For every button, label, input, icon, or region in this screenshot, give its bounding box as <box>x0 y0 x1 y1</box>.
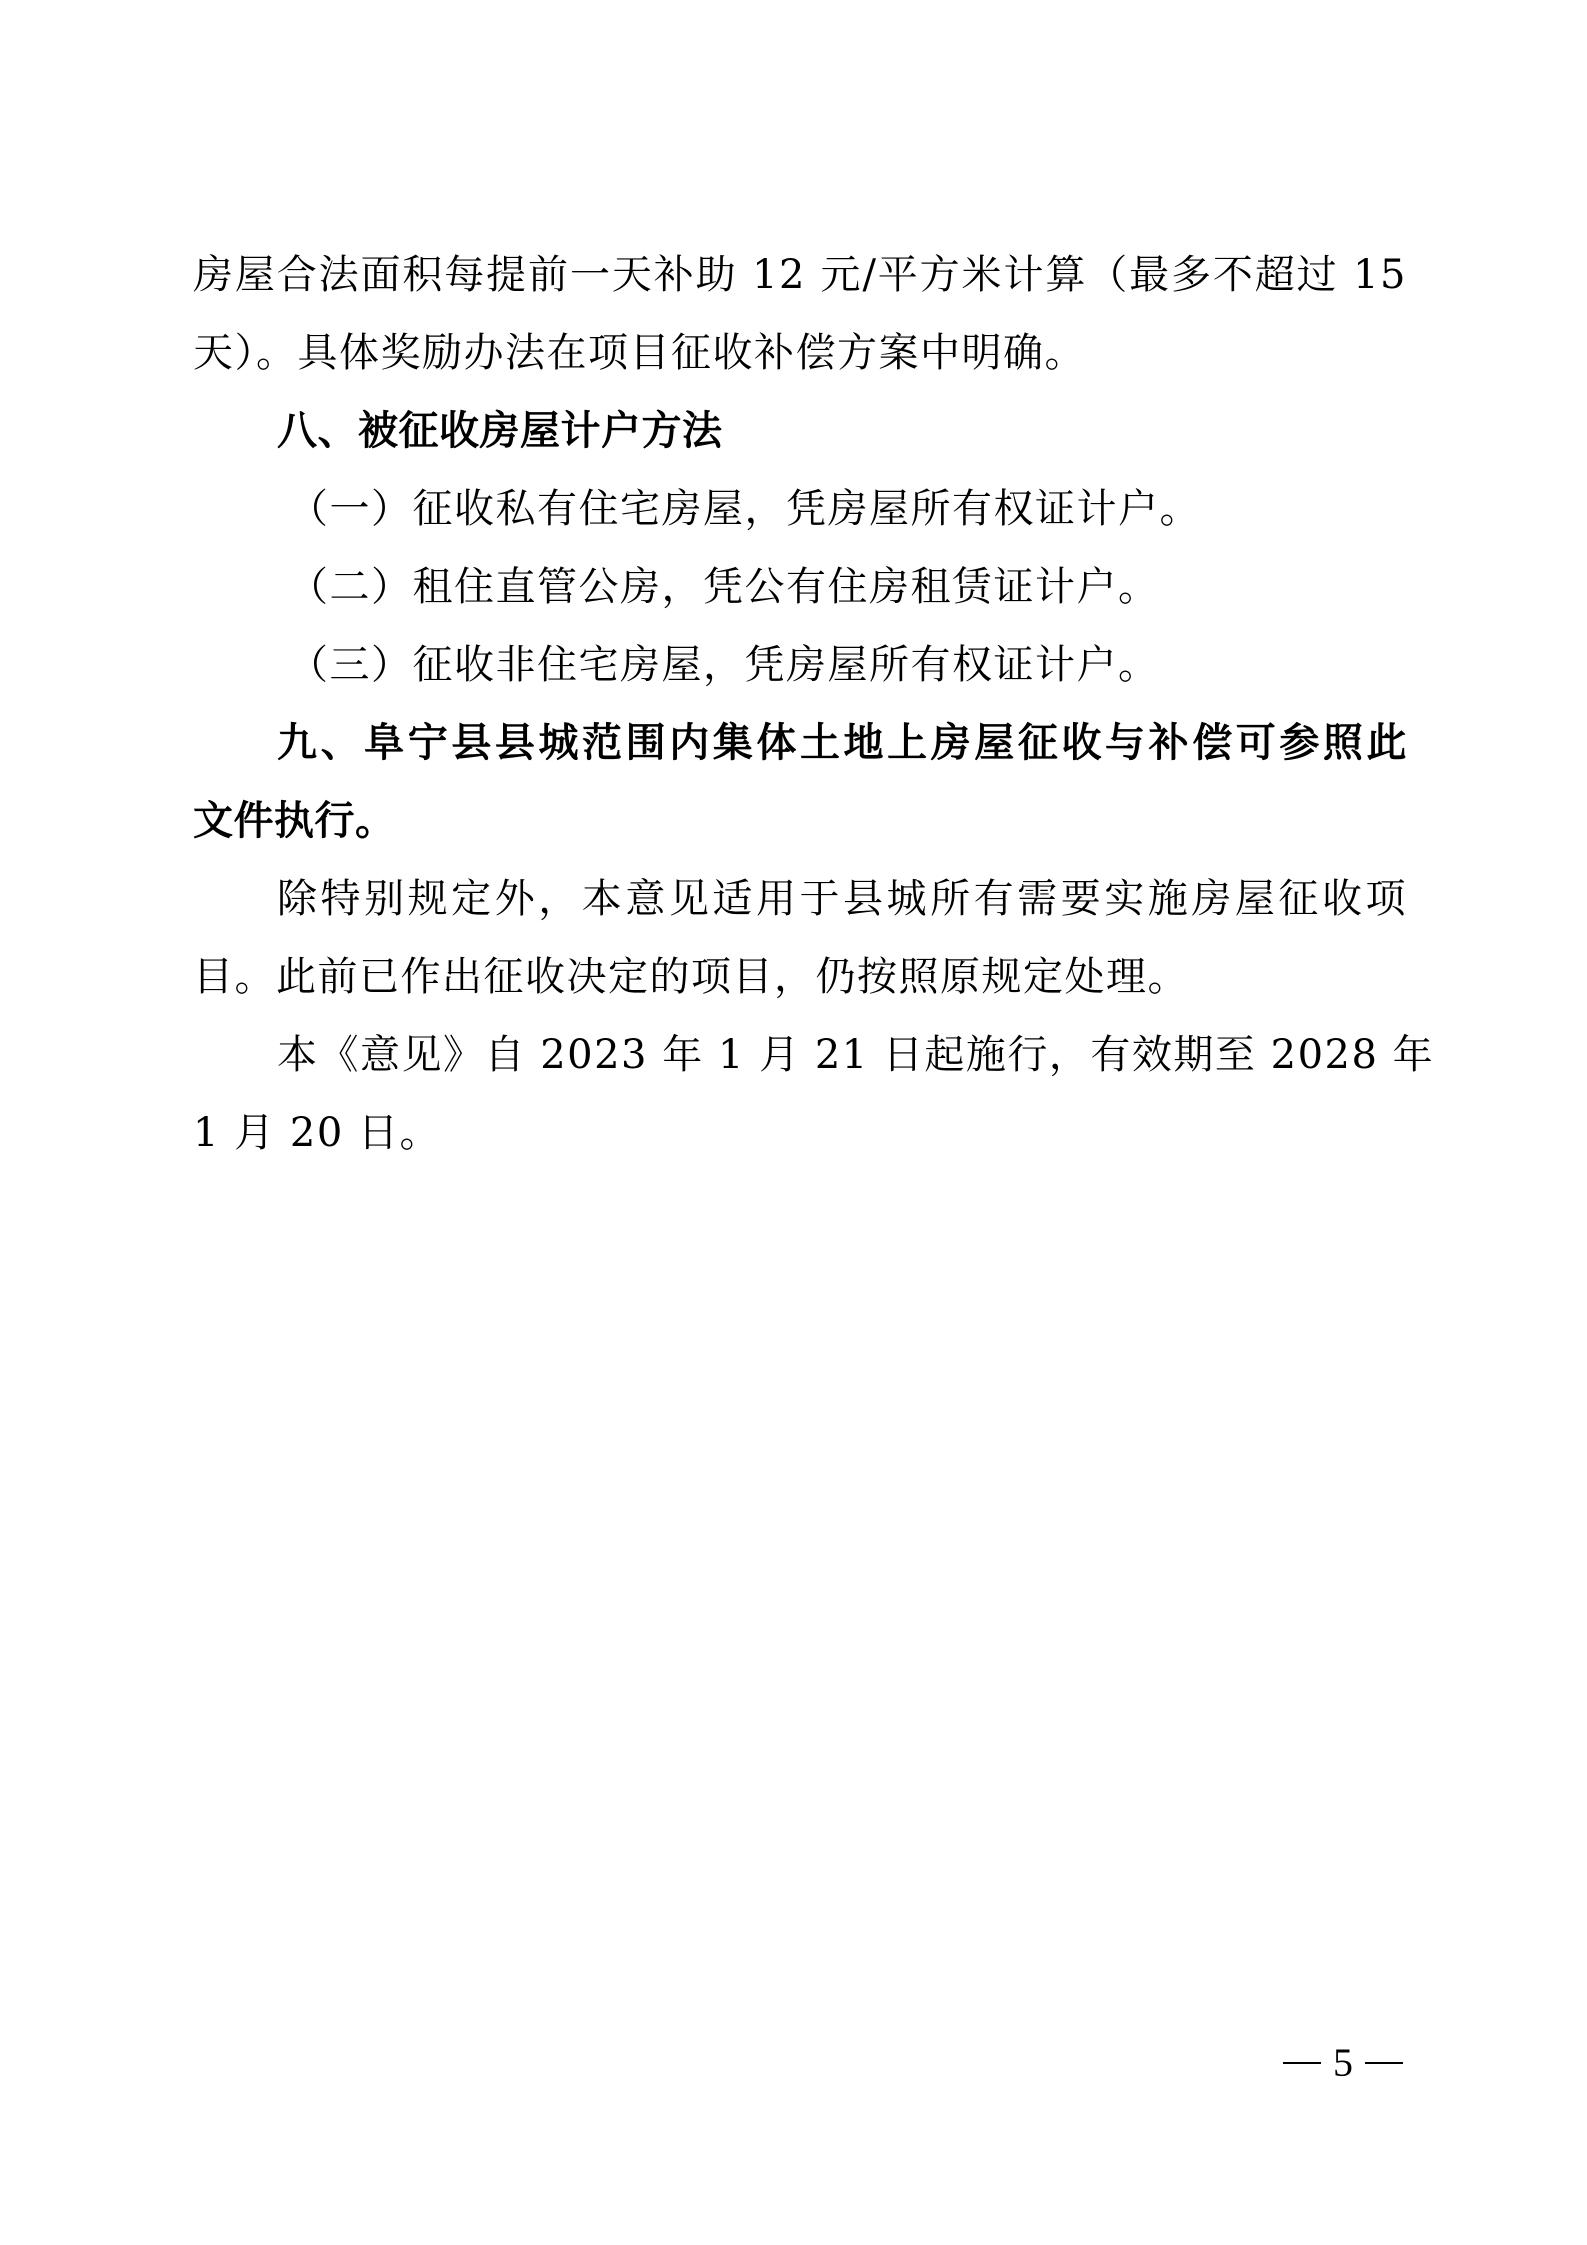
document-body: 房屋合法面积每提前一天补助 12 元/平方米计算（最多不超过 15 天）。具体奖… <box>193 236 1407 1172</box>
paragraph-effective-line-1: 本《意见》自 2023 年 1 月 21 日起施行，有效期至 2028 年 <box>193 1016 1407 1094</box>
page-number: 5 <box>1283 2038 1403 2088</box>
list-item-3: （三）征收非住宅房屋，凭房屋所有权证计户。 <box>193 626 1407 704</box>
section-heading-9-line-2: 文件执行。 <box>193 782 1407 860</box>
dash-right <box>1365 2062 1403 2064</box>
paragraph-scope-line-2: 目。此前已作出征收决定的项目，仍按照原规定处理。 <box>193 938 1407 1016</box>
paragraph-subsidy-line-1: 房屋合法面积每提前一天补助 12 元/平方米计算（最多不超过 15 <box>193 236 1407 314</box>
list-item-2: （二）租住直管公房，凭公有住房租赁证计户。 <box>193 548 1407 626</box>
list-item-1: （一）征收私有住宅房屋，凭房屋所有权证计户。 <box>193 470 1407 548</box>
dash-left <box>1283 2062 1321 2064</box>
section-heading-8: 八、被征收房屋计户方法 <box>193 392 1407 470</box>
section-heading-9-line-1: 九、阜宁县县城范围内集体土地上房屋征收与补偿可参照此 <box>193 704 1407 782</box>
paragraph-effective-line-2: 1 月 20 日。 <box>193 1094 1407 1172</box>
paragraph-scope-line-1: 除特别规定外，本意见适用于县城所有需要实施房屋征收项 <box>193 860 1407 938</box>
page-number-value: 5 <box>1333 2038 1353 2088</box>
paragraph-subsidy-line-2: 天）。具体奖励办法在项目征收补偿方案中明确。 <box>193 314 1407 392</box>
document-page: 房屋合法面积每提前一天补助 12 元/平方米计算（最多不超过 15 天）。具体奖… <box>0 0 1587 2245</box>
